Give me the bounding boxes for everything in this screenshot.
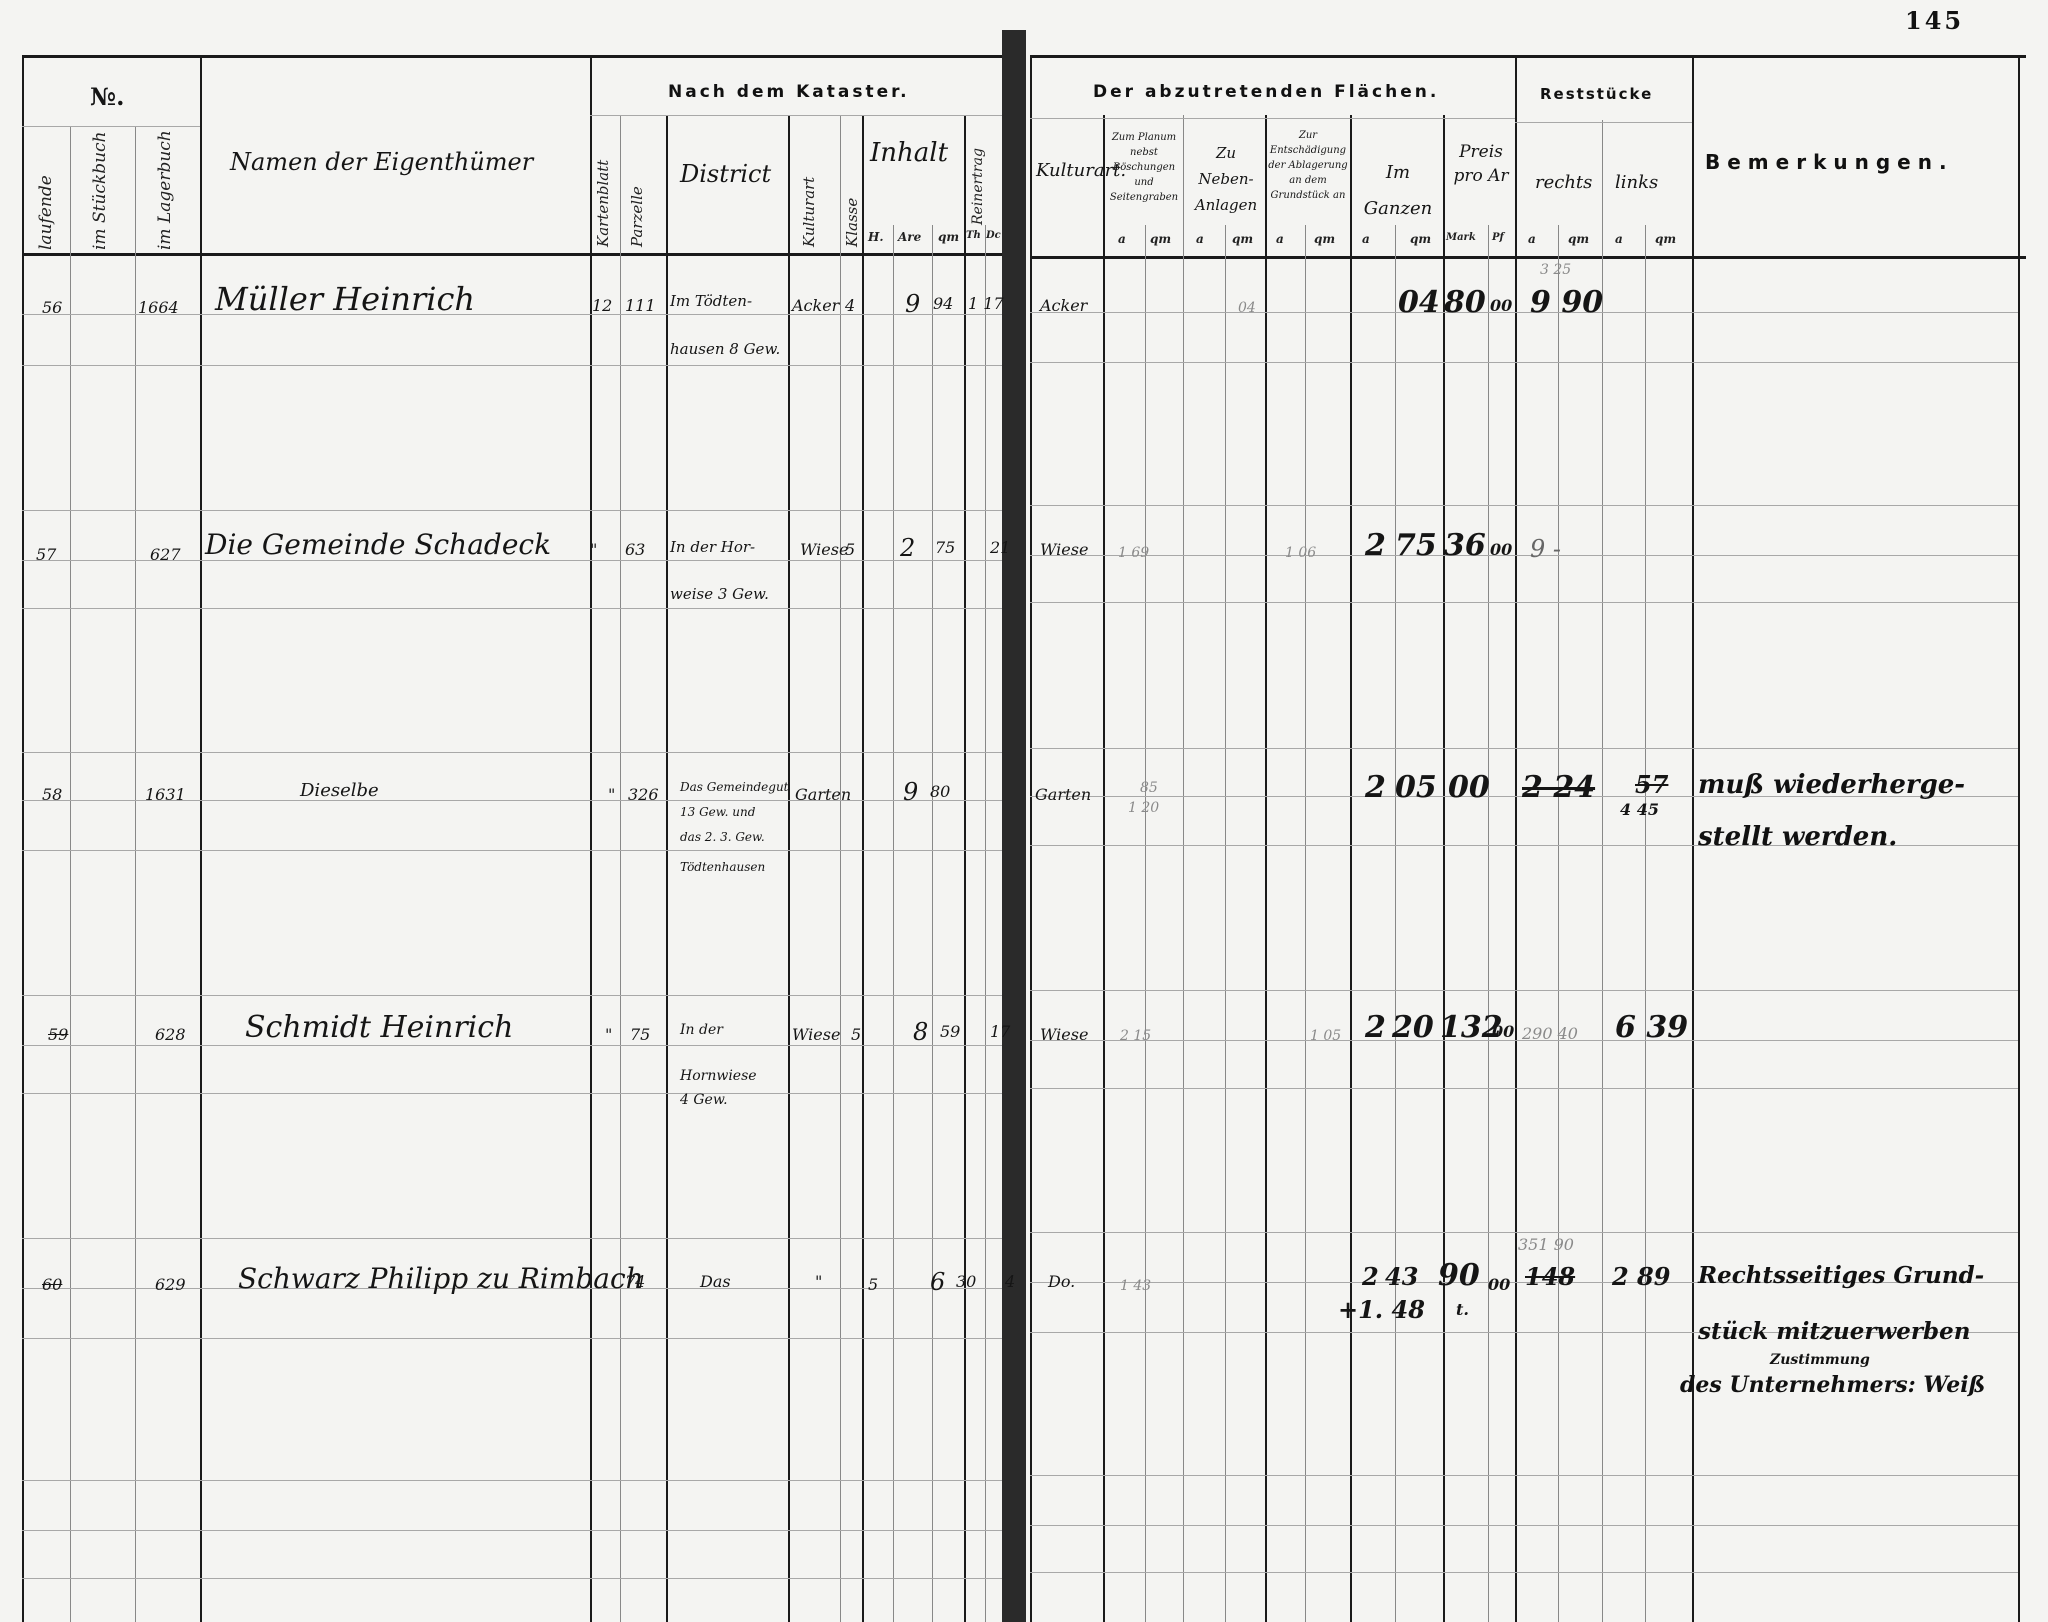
header-parzelle: Parzelle (628, 122, 646, 247)
unit-th: Th (966, 230, 981, 241)
unit-qm: qm (938, 230, 959, 244)
table-top-border-right (1030, 55, 2026, 58)
header-kartenblatt: Kartenblatt (594, 122, 612, 247)
owner-name: Schwarz Philipp zu Rimbach (238, 1262, 644, 1295)
column-rule (22, 55, 24, 1622)
header-reinertrag: Reinertrag (970, 115, 986, 225)
column-rule (666, 115, 668, 1622)
header-kataster: Nach dem Kataster. (668, 82, 910, 102)
header-reststuecke: Reststücke (1540, 85, 1653, 103)
column-rule (1515, 55, 1517, 1622)
column-rule (1225, 225, 1226, 1622)
owner-name: Dieselbe (300, 780, 379, 801)
header-laufend: laufende (36, 135, 56, 250)
remark-line: Zustimmung (1770, 1352, 1870, 1368)
column-rule (1395, 225, 1396, 1622)
header-rule (1030, 118, 1515, 119)
header-no: №. (90, 82, 124, 111)
owner-name: Schmidt Heinrich (245, 1010, 513, 1045)
header-bemerkungen: Bemerkungen. (1705, 150, 1954, 174)
unit-h: H. (868, 230, 884, 244)
header-nebenanlagen: Zu Neben-Anlagen (1188, 140, 1264, 218)
table-top-border (22, 55, 1002, 58)
column-rule (135, 126, 136, 1622)
column-rule (1645, 225, 1646, 1622)
owner-name: Müller Heinrich (215, 280, 475, 318)
header-inhalt: Inhalt (870, 138, 948, 168)
column-rule (1030, 55, 1032, 1622)
header-entschaedigung: Zur Entschädigung der Ablagerung an dem … (1268, 128, 1348, 203)
column-rule (2018, 55, 2020, 1622)
header-lagerbuch: im Lagerbuch (155, 135, 175, 250)
header-links: links (1615, 172, 1658, 193)
column-rule (1602, 120, 1603, 1622)
column-rule (1145, 225, 1146, 1622)
header-rechts: rechts (1535, 172, 1592, 193)
header-kulturart: Kulturart (800, 122, 818, 247)
column-rule (1305, 225, 1306, 1622)
header-klasse: Klasse (843, 122, 861, 247)
column-rule (1103, 115, 1105, 1622)
header-im-ganzen: Im Ganzen (1356, 155, 1440, 227)
header-name: Namen der Eigenthümer (230, 148, 533, 176)
column-rule (1558, 225, 1559, 1622)
column-rule (985, 225, 986, 1622)
column-rule (862, 115, 864, 1622)
column-rule (1350, 115, 1352, 1622)
column-rule (964, 115, 966, 1622)
column-rule (1488, 225, 1489, 1622)
header-stueckbuch: im Stückbuch (90, 135, 110, 250)
column-rule (1183, 115, 1184, 1622)
remark-line: des Unternehmers: Weiß (1680, 1372, 1985, 1398)
remark-line: Rechtsseitiges Grund- (1698, 1262, 1984, 1289)
remark-line: stellt werden. (1698, 822, 1897, 852)
book-spine (1002, 30, 1026, 1622)
column-rule (620, 115, 621, 1622)
header-flaechen: Der abzutretenden Flächen. (1093, 82, 1439, 102)
column-rule (1265, 115, 1267, 1622)
header-bottom-border-right (1030, 256, 2026, 259)
remark-line: stück mitzuerwerben (1698, 1318, 1970, 1345)
owner-name: Die Gemeinde Schadeck (205, 528, 551, 561)
column-rule (70, 126, 71, 1622)
unit-are: Are (898, 230, 921, 244)
remark-line: muß wiederherge- (1698, 770, 1965, 800)
column-rule (788, 115, 790, 1622)
header-strasse: Zum Planum nebst Böschungen und Seitengr… (1106, 130, 1182, 205)
column-rule (590, 55, 592, 1622)
page-number: 145 (1905, 6, 1964, 35)
header-preis: Preis pro Ar (1450, 140, 1512, 188)
column-rule (1443, 115, 1445, 1622)
header-district: District (680, 160, 771, 188)
header-bottom-border (22, 253, 1002, 256)
header-rule (1515, 122, 1692, 123)
unit-dc: Dc (986, 230, 1001, 241)
header-rule (590, 115, 1002, 116)
header-rule (22, 126, 200, 127)
column-rule (200, 55, 202, 1622)
column-rule (893, 225, 894, 1622)
column-rule (932, 225, 933, 1622)
column-rule (840, 115, 841, 1622)
header-ab-kulturart: Kulturart. (1036, 160, 1102, 181)
